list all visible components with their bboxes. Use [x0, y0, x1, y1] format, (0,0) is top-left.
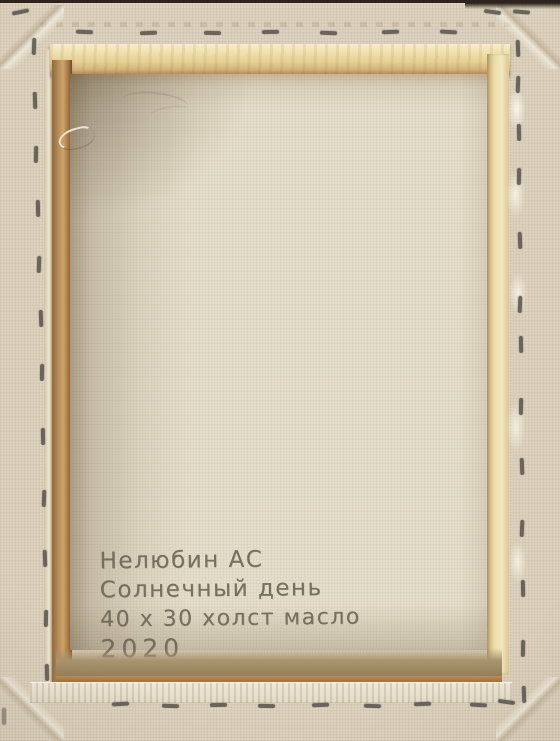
- staple: [516, 76, 521, 93]
- background-shadow-strip: [465, 0, 560, 9]
- staple: [516, 40, 521, 57]
- staple: [517, 124, 521, 141]
- staple: [162, 704, 179, 709]
- staple: [39, 310, 44, 327]
- staple: [258, 704, 275, 708]
- staple: [204, 31, 221, 35]
- staple: [320, 31, 337, 36]
- staple: [43, 550, 48, 567]
- staple: [518, 232, 523, 249]
- staple: [76, 30, 93, 35]
- staple: [440, 30, 457, 35]
- inscription-title: Солнечный день: [100, 574, 361, 606]
- staple: [521, 580, 525, 597]
- inner-canvas: Нелюбин АС Солнечный день 40 х 30 холст …: [70, 74, 487, 650]
- staple: [522, 686, 527, 703]
- staple: [382, 30, 399, 35]
- staple: [470, 703, 487, 708]
- staple: [140, 31, 157, 36]
- stretcher-bar-left: [52, 60, 72, 692]
- staple: [40, 364, 44, 381]
- staple: [2, 708, 6, 725]
- staple: [45, 664, 49, 681]
- inscription-size-medium: 40 х 30 холст масло: [100, 603, 361, 635]
- staple: [34, 146, 38, 163]
- staple: [519, 398, 523, 415]
- staple: [36, 200, 40, 217]
- inscription: Нелюбин АС Солнечный день 40 х 30 холст …: [99, 545, 361, 664]
- staple: [33, 92, 38, 109]
- staple: [210, 703, 227, 707]
- staple: [32, 38, 37, 55]
- staple: [519, 336, 523, 353]
- staple: [520, 520, 525, 537]
- staple: [312, 703, 329, 708]
- inscription-artist: Нелюбин АС: [99, 545, 360, 577]
- staple: [521, 640, 525, 657]
- staple: [518, 296, 523, 313]
- staple: [414, 702, 431, 707]
- staple: [364, 704, 381, 709]
- stretcher-bar-top: [50, 44, 510, 76]
- staple: [37, 256, 42, 273]
- canvas-cut-edge-top: [40, 22, 520, 27]
- staple: [41, 428, 45, 445]
- staple: [262, 30, 279, 34]
- fray-edge-bottom: [30, 682, 512, 703]
- staple: [44, 610, 48, 627]
- staple: [517, 168, 521, 185]
- staple: [42, 490, 47, 507]
- staple: [520, 458, 525, 475]
- canvas-wrinkles-right: [505, 60, 531, 672]
- canvas-back-photo: Нелюбин АС Солнечный день 40 х 30 холст …: [0, 0, 560, 741]
